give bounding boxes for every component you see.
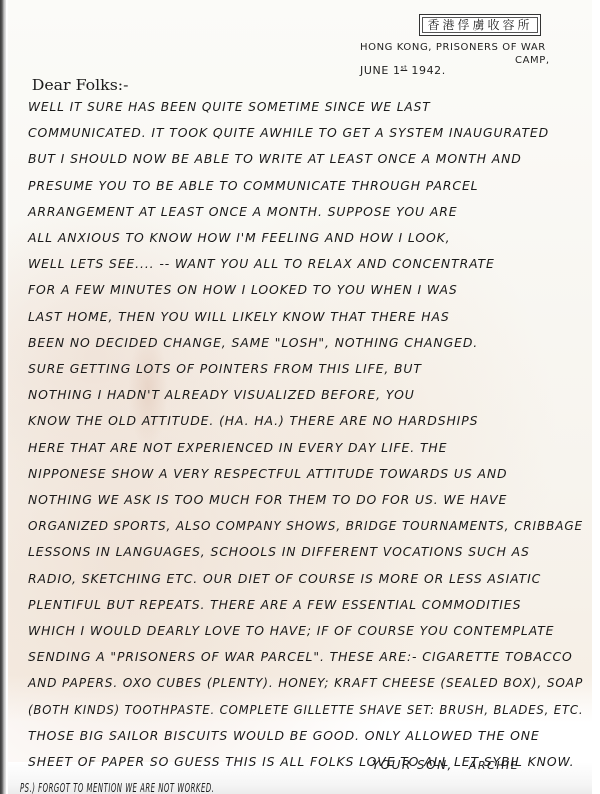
salutation: Dear Folks:- — [32, 76, 129, 94]
letter-line: ALL ANXIOUS TO KNOW HOW I'M FEELING AND … — [28, 230, 583, 245]
letter-line: SURE GETTING LOTS OF POINTERS FROM THIS … — [28, 361, 583, 376]
letter-line: FOR A FEW MINUTES ON HOW I LOOKED TO YOU… — [28, 282, 583, 297]
letter-line: KNOW THE OLD ATTITUDE. (HA. HA.) THERE A… — [28, 413, 583, 428]
signature-block: YOUR SON,ARCHIE — [372, 758, 519, 772]
letter-line: (BOTH KINDS) TOOTHPASTE. COMPLETE GILLET… — [28, 702, 549, 717]
date-year: 1942. — [411, 64, 446, 77]
letter-line: BEEN NO DECIDED CHANGE, SAME "LOSH", NOT… — [28, 335, 583, 350]
letter-line: THOSE BIG SAILOR BISCUITS WOULD BE GOOD.… — [28, 728, 583, 743]
letter-line: NOTHING I HADN'T ALREADY VISUALIZED BEFO… — [28, 387, 583, 402]
letter-line: HERE THAT ARE NOT EXPERIENCED IN EVERY D… — [28, 440, 583, 455]
letter-line: AND PAPERS. OXO CUBES (PLENTY). HONEY; K… — [28, 675, 570, 690]
letter-line: PRESUME YOU TO BE ABLE TO COMMUNICATE TH… — [28, 178, 583, 193]
letter-line: WHICH I WOULD DEARLY LOVE TO HAVE; IF OF… — [28, 623, 583, 638]
censor-stamp: 香港俘虜收容所 — [419, 14, 541, 36]
date-prefix: JUNE 1 — [360, 64, 401, 77]
letter-line: RADIO, SKETCHING ETC. OUR DIET OF COURSE… — [28, 571, 583, 586]
letter-date: JUNE 1st 1942. — [360, 64, 446, 77]
letter-line: LESSONS IN LANGUAGES, SCHOOLS IN DIFFERE… — [28, 544, 583, 559]
letter-line: WELL LETS SEE.... -- WANT YOU ALL TO REL… — [28, 256, 583, 271]
closing: YOUR SON, — [372, 758, 453, 772]
address-line-1: HONG KONG, PRISONERS OF WAR — [360, 42, 546, 53]
date-suffix: st — [401, 64, 408, 71]
letter-line: WELL IT SURE HAS BEEN QUITE SOMETIME SIN… — [28, 99, 573, 114]
letter-line: NIPPONESE SHOW A VERY RESPECTFUL ATTITUD… — [28, 466, 583, 481]
signature-name: ARCHIE — [469, 759, 519, 772]
letter-line: BUT I SHOULD NOW BE ABLE TO WRITE AT LEA… — [28, 151, 583, 166]
letter-line: ORGANIZED SPORTS, ALSO COMPANY SHOWS, BR… — [28, 518, 567, 533]
scan-edge — [0, 0, 6, 794]
letter-line: PLENTIFUL BUT REPEATS. THERE ARE A FEW E… — [28, 597, 583, 612]
letter-line: PS.) FORGOT TO MENTION WE ARE NOT WORKED… — [20, 780, 330, 794]
letter-line: COMMUNICATED. IT TOOK QUITE AWHILE TO GE… — [28, 125, 583, 140]
letter-line: ARRANGEMENT AT LEAST ONCE A MONTH. SUPPO… — [28, 204, 583, 219]
letter-line: LAST HOME, THEN YOU WILL LIKELY KNOW THA… — [28, 309, 583, 324]
address-line-2: CAMP, — [515, 55, 550, 66]
letter-line: NOTHING WE ASK IS TOO MUCH FOR THEM TO D… — [28, 492, 583, 507]
letter-line: SENDING A "PRISONERS OF WAR PARCEL". THE… — [28, 649, 583, 664]
